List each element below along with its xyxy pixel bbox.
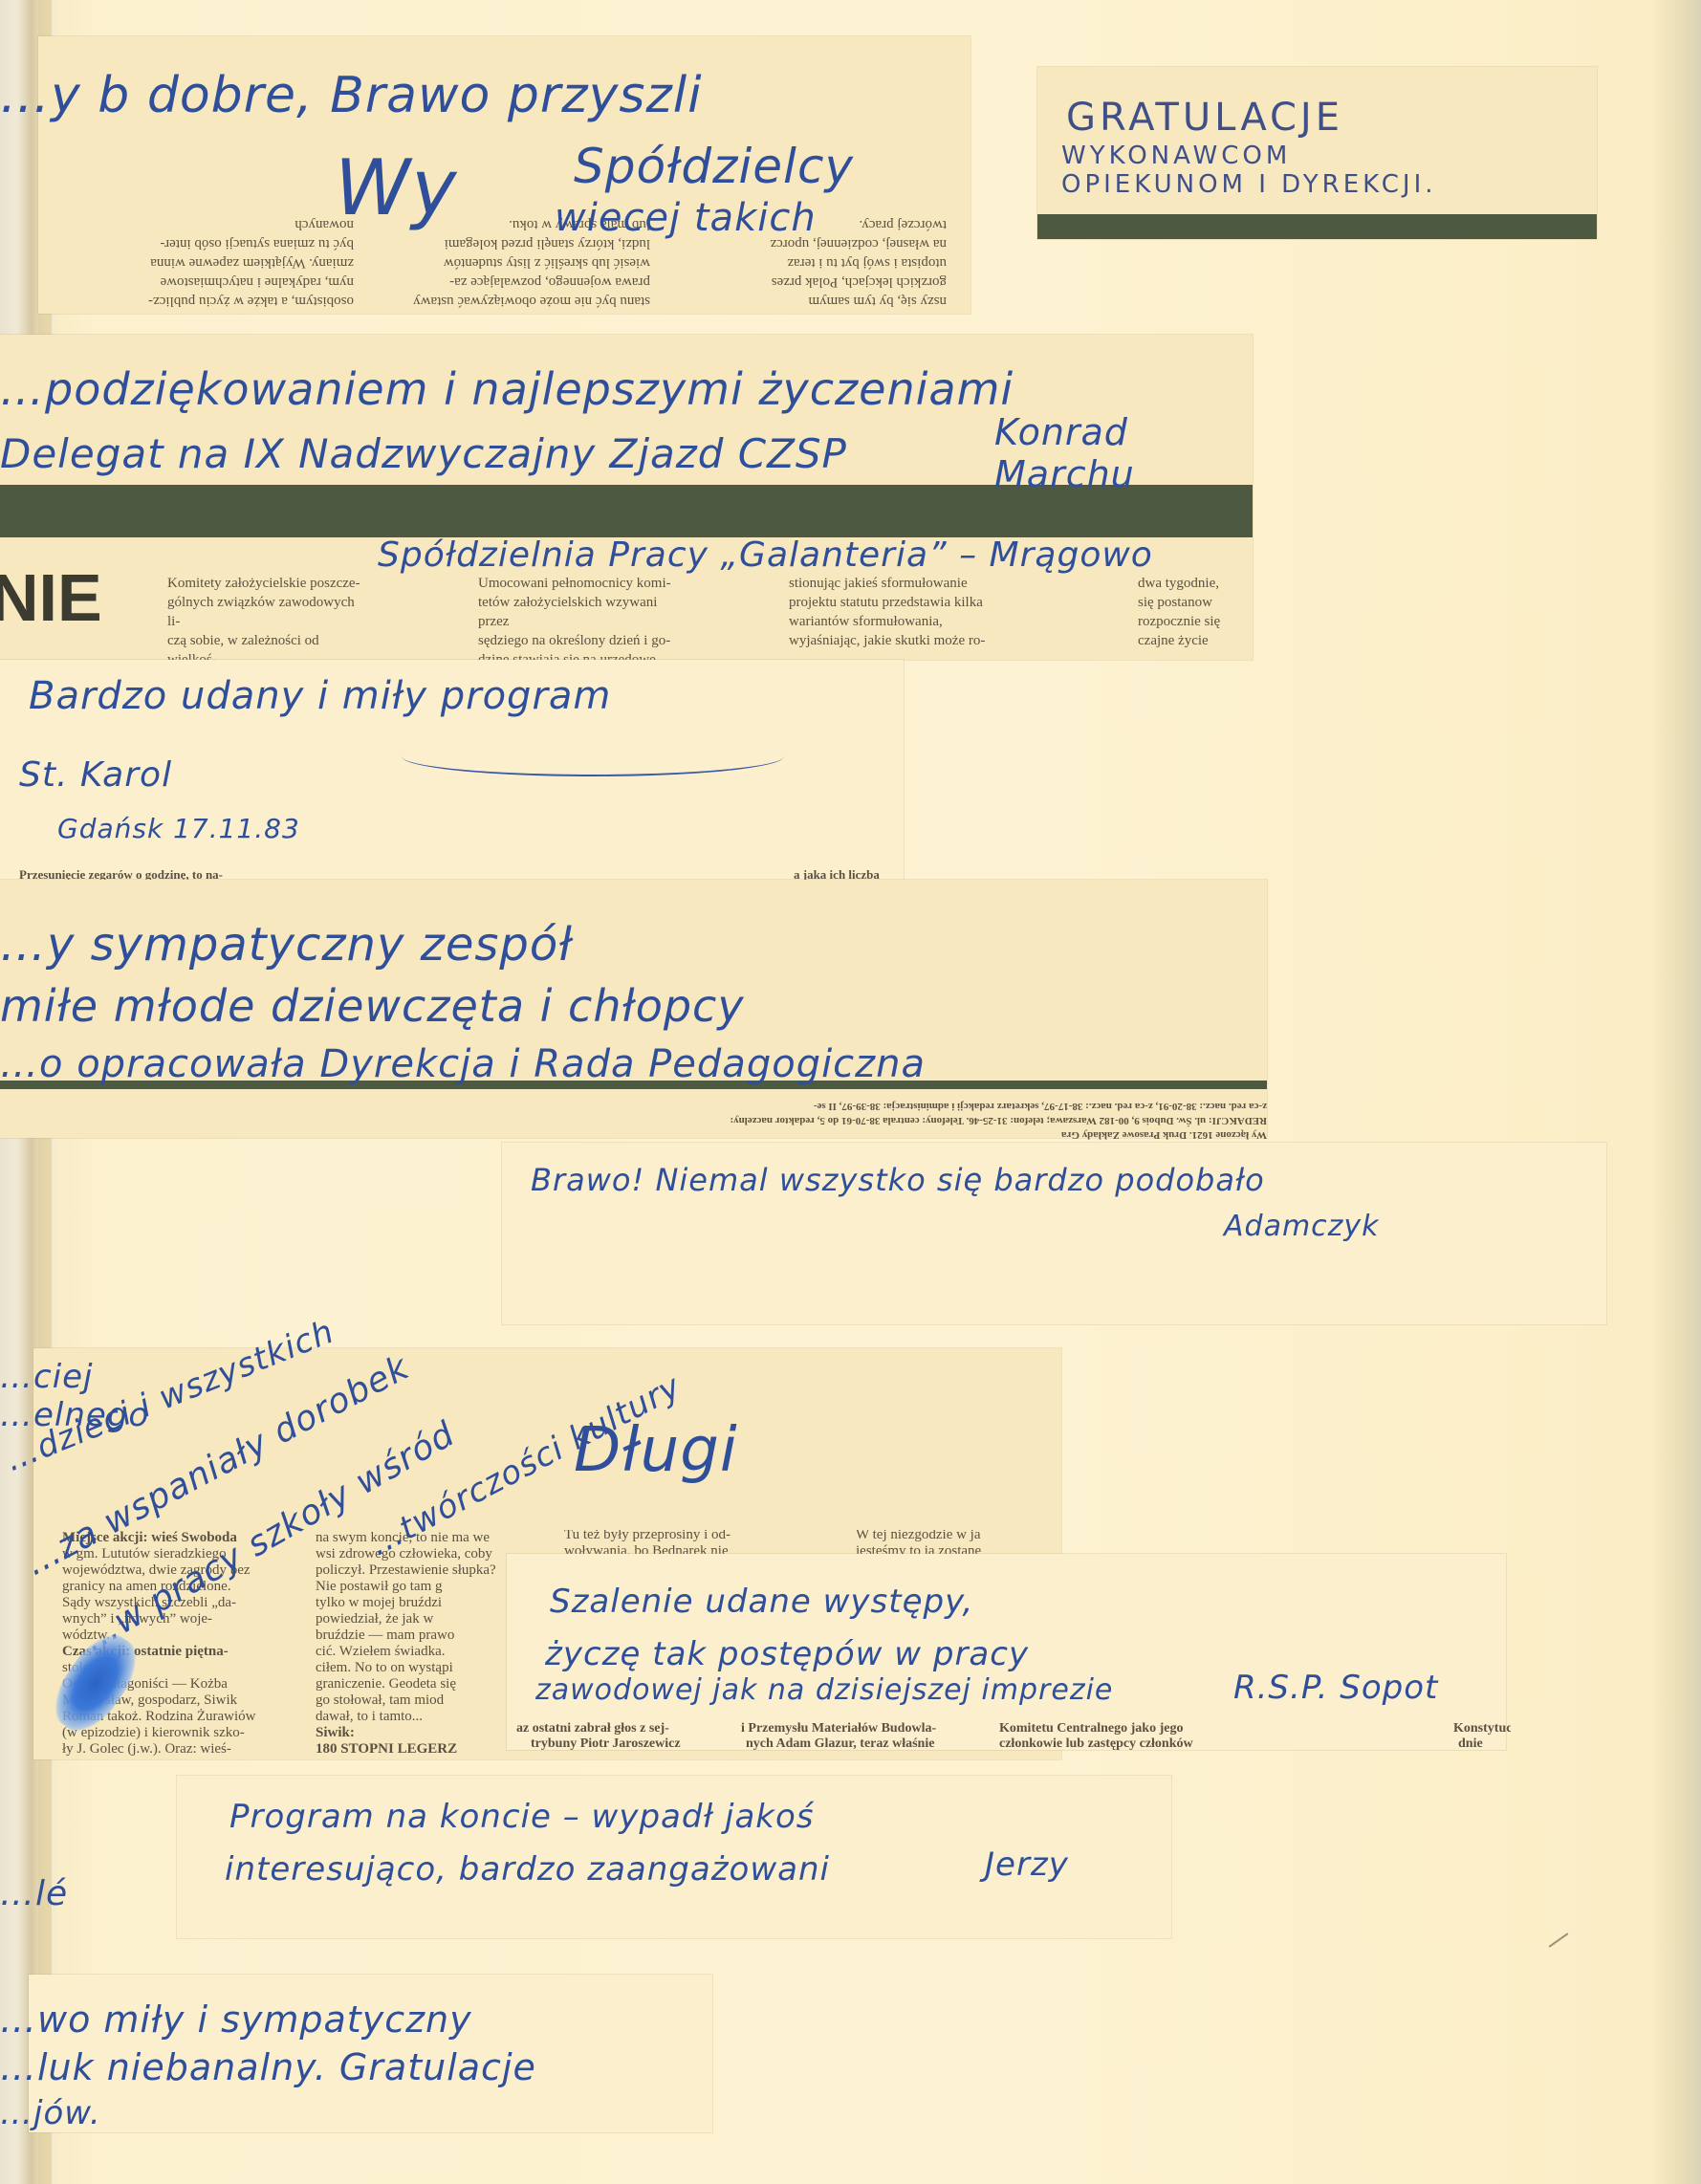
mirrored-newsprint-entry-5: Wy łączone 1621. Druk Prasowe Zakłady Gr… (0, 1092, 1267, 1142)
signature-entry-9: Jerzy (985, 1845, 1069, 1884)
signature-entry-1: Wy (335, 143, 457, 232)
handwritten-note-entry-5-line-3: …o opracowała Dyrekcja i Rada Pedagogicz… (0, 1042, 926, 1086)
black-bar-entry-2 (1037, 214, 1597, 239)
handwritten-note-entry-1-line-1: …y b dobre, Brawo przyszli (0, 67, 703, 124)
handwritten-note-entry-10-line-1: …wo miły i sympatyczny (0, 1998, 472, 2041)
headline-fragment-entry-3: NIE (0, 588, 102, 607)
handwritten-note-entry-10-line-2: …luk niebanalny. Gratulacje (0, 2046, 536, 2088)
signature-entry-7: Długi (574, 1415, 738, 1486)
handwritten-note-entry-8-line-1: Szalenie udane występy, (550, 1583, 973, 1621)
handwritten-note-entry-10-line-3: …jów. (0, 2094, 101, 2132)
handwritten-note-entry-5-line-1: …y sympatyczny zespół (0, 918, 573, 972)
handwritten-note-entry-3-line-2: Delegat na IX Nadzwyczajny Zjazd CZSP (0, 430, 847, 477)
handwritten-note-entry-6: Brawo! Niemal wszystko się bardzo podoba… (531, 1162, 1265, 1198)
handwritten-note-entry-9-line-2: interesująco, bardzo zaangażowani (225, 1850, 830, 1889)
newsprint-columns-entry-3: Komitety założycielskie poszcze-gólnych … (167, 574, 1253, 660)
signature-entry-6: Adamczyk (1224, 1210, 1380, 1243)
handwritten-note-entry-2-line-1: GRATULACJE (1066, 96, 1343, 140)
handwritten-note-entry-4: Bardzo udany i miły program (29, 674, 611, 718)
handwritten-note-entry-2-line-2: WYKONAWCOM (1061, 142, 1291, 170)
signature-entry-8: R.S.P. Sopot (1233, 1669, 1438, 1707)
handwritten-note-entry-3-line-3: Spółdzielnia Pracy „Galanteria” – Mrągow… (378, 535, 1153, 575)
handwritten-fragment-entry-11: …lé (0, 1874, 68, 1913)
mirrored-newsprint-entry-1: osobistym, a także w życiu publicz-nym, … (124, 215, 966, 311)
handwritten-note-entry-1-line-3: wiecej takich (555, 196, 817, 240)
handwritten-note-entry-5-line-2: miłe młode dziewczęta i chłopcy (0, 980, 745, 1032)
handwritten-note-entry-2-line-3: OPIEKUNOM I DYREKCJI. (1061, 170, 1437, 199)
handwritten-note-entry-8-line-2: życzę tak postępów w pracy (545, 1635, 1029, 1673)
place-date-entry-4: Gdańsk 17.11.83 (57, 813, 300, 844)
signature-flourish-entry-4 (402, 736, 784, 776)
handwritten-note-entry-7-line-1: …ciej (0, 1358, 94, 1396)
signature-entry-4: St. Karol (19, 755, 172, 795)
handwritten-note-entry-3-line-1: …podziękowaniem i najlepszymi życzeniami (0, 363, 1014, 415)
handwritten-note-entry-9-line-1: Program na koncie – wypadł jakoś (229, 1798, 815, 1836)
newsprint-bottom-entry-8: az ostatni zabrał głos z sej- trybuny Pi… (516, 1721, 1511, 1750)
handwritten-note-entry-8-line-3: zawodowej jak na dzisiejszej imprezie (535, 1673, 1113, 1707)
signature-entry-3: Konrad Marchu (994, 411, 1205, 495)
handwritten-note-entry-1-line-2: Spółdzielcy (574, 139, 854, 194)
